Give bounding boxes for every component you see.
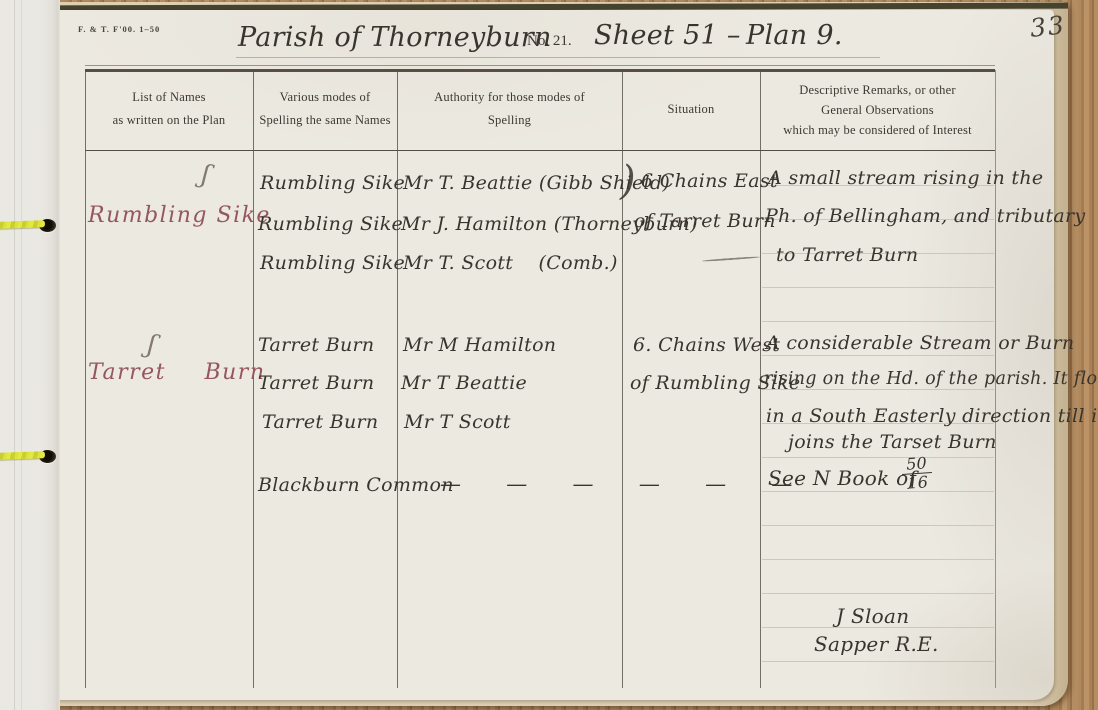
remarks-line: to Tarret Burn (776, 244, 918, 266)
spelling-entry: Tarret Burn (258, 334, 374, 356)
column-header-spelling-modes: Various modes of Spelling the same Names (257, 86, 393, 132)
number-label: No. 21. (527, 33, 572, 50)
spelling-entry: Blackburn Common (258, 474, 454, 496)
reference-fraction: 50 16 (901, 454, 934, 494)
authority-entry: Mr T Beattie (401, 372, 527, 394)
situation-bracket: ) (620, 158, 636, 204)
spelling-entry: Rumbling Sike (260, 252, 405, 274)
column-header-situation: Situation (626, 98, 756, 121)
signature-rank: Sapper R.E. (814, 632, 939, 656)
remarks-line: A small stream rising in the (768, 167, 1043, 189)
plan-name: Rumbling Sike (88, 203, 271, 228)
spelling-entry: Tarret Burn (258, 372, 374, 394)
spelling-entry: Tarret Burn (262, 411, 378, 433)
parish-title: Parish of Thorneyburn (238, 22, 552, 53)
remarks-line: joins the Tarset Burn (788, 431, 997, 453)
header-bottom-rule (85, 150, 995, 151)
fraction-denominator: 16 (902, 472, 934, 493)
folio-number: 33 (1029, 10, 1068, 43)
plan-number: Plan 9. (746, 20, 843, 51)
page-edge-crease (21, 0, 22, 710)
column-header-names: List of Names as written on the Plan (89, 86, 249, 132)
situation-line: 6. Chains West (633, 334, 780, 356)
remarks-line: in a South Easterly direction till it (766, 405, 1098, 427)
form-reference: F. & T. F'00. 1–50 (78, 24, 160, 34)
situation-line: 6 Chains East (641, 170, 778, 192)
reference-note: See N Book of (768, 466, 916, 490)
authority-entry: Mr M Hamilton (403, 334, 556, 356)
ditto-dashes: — — — — — — (440, 472, 793, 496)
table-top-rule-thin (85, 65, 995, 66)
sheet-number: Sheet 51 – (594, 20, 741, 51)
page-edge-crease (14, 0, 15, 710)
situation-line: of Tarret Burn (634, 210, 776, 232)
authority-entry: Mr T Scott (404, 411, 511, 433)
remarks-line: Ph. of Bellingham, and tributary (765, 205, 1085, 227)
signature-name: J Sloan (836, 604, 909, 628)
column-header-authority: Authority for those modes of Spelling (401, 86, 618, 132)
spelling-entry: Rumbling Sike (260, 172, 405, 194)
header-underline (236, 57, 880, 58)
plan-name: Tarret Burn (88, 360, 266, 385)
table-top-rule (85, 69, 995, 72)
authority-entry: Mr T. Scott (Comb.) (403, 252, 618, 274)
fraction-numerator: 50 (906, 454, 928, 474)
column-divider-2 (397, 70, 398, 688)
scanned-register-photo: F. & T. F'00. 1–50 Parish of Thorneyburn… (0, 0, 1098, 710)
column-header-remarks: Descriptive Remarks, or other General Ob… (763, 80, 992, 140)
table-border-left (85, 70, 86, 688)
remarks-line: A considerable Stream or Burn (766, 332, 1074, 354)
remarks-line: rising on the Hd. of the parish. It flow… (764, 369, 1098, 389)
spelling-entry: Rumbling Sike (258, 213, 403, 235)
page-fore-edge (0, 0, 60, 710)
